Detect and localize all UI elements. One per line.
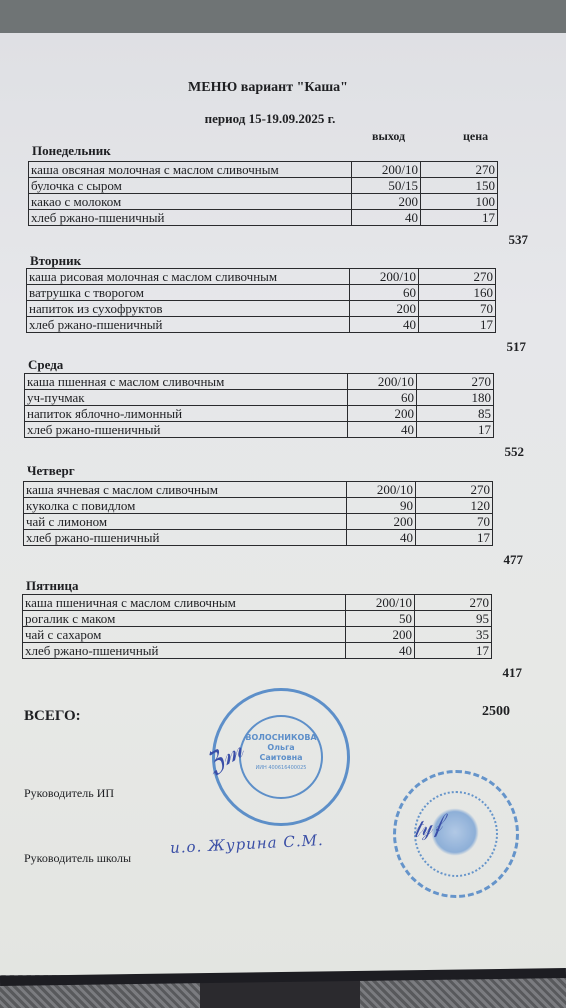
portion-cell: 40 bbox=[350, 317, 419, 333]
dish-cell: ватрушка с творогом bbox=[27, 285, 350, 301]
portion-cell: 200/10 bbox=[347, 482, 416, 498]
table-row: какао с молоком200100 bbox=[29, 194, 498, 210]
table-row: ватрушка с творогом60160 bbox=[27, 285, 496, 301]
day-heading: Четверг bbox=[27, 463, 75, 479]
day-menu-table: каша пшеничная с маслом сливочным200/102… bbox=[22, 594, 492, 659]
dish-cell: хлеб ржано-пшеничный bbox=[25, 422, 348, 438]
portion-cell: 40 bbox=[352, 210, 421, 226]
price-cell: 270 bbox=[415, 595, 492, 611]
price-cell: 270 bbox=[421, 162, 498, 178]
dish-cell: куколка с повидлом bbox=[24, 498, 347, 514]
table-row: хлеб ржано-пшеничный4017 bbox=[29, 210, 498, 226]
table-row: хлеб ржано-пшеничный4017 bbox=[25, 422, 494, 438]
price-cell: 150 bbox=[421, 178, 498, 194]
grand-total-label: ВСЕГО: bbox=[24, 708, 81, 725]
table-row: каша рисовая молочная с маслом сливочным… bbox=[27, 269, 496, 285]
portion-cell: 40 bbox=[347, 530, 416, 546]
table-row: напиток из сухофруктов20070 bbox=[27, 301, 496, 317]
day-total: 417 bbox=[462, 665, 522, 681]
table-row: каша овсяная молочная с маслом сливочным… bbox=[29, 162, 498, 178]
portion-cell: 200/10 bbox=[348, 374, 417, 390]
price-cell: 270 bbox=[419, 269, 496, 285]
grand-total-value: 2500 bbox=[450, 704, 510, 720]
day-menu-table: каша рисовая молочная с маслом сливочным… bbox=[26, 268, 496, 333]
price-cell: 85 bbox=[417, 406, 494, 422]
price-cell: 160 bbox=[419, 285, 496, 301]
price-cell: 35 bbox=[415, 627, 492, 643]
dish-cell: хлеб ржано-пшеничный bbox=[29, 210, 352, 226]
day-total: 477 bbox=[463, 552, 523, 568]
dish-cell: рогалик с маком bbox=[23, 611, 346, 627]
table-row: куколка с повидлом90120 bbox=[24, 498, 493, 514]
day-heading: Понедельник bbox=[32, 143, 111, 159]
portion-cell: 60 bbox=[348, 390, 417, 406]
dish-cell: напиток яблочно-лимонный bbox=[25, 406, 348, 422]
dish-cell: хлеб ржано-пшеничный bbox=[27, 317, 350, 333]
document-title: МЕНЮ вариант "Каша" bbox=[0, 80, 536, 96]
day-menu-table: каша ячневая с маслом сливочным200/10270… bbox=[23, 481, 493, 546]
price-cell: 100 bbox=[421, 194, 498, 210]
price-cell: 70 bbox=[416, 514, 493, 530]
column-header-price: цена bbox=[463, 129, 488, 144]
document-period: период 15-19.09.2025 г. bbox=[0, 111, 540, 127]
portion-cell: 200 bbox=[346, 627, 415, 643]
table-row: каша ячневая с маслом сливочным200/10270 bbox=[24, 482, 493, 498]
portion-cell: 200 bbox=[347, 514, 416, 530]
school-head-label: Руководитель школы bbox=[24, 851, 131, 866]
portion-cell: 50/15 bbox=[352, 178, 421, 194]
table-row: булочка с сыром50/15150 bbox=[29, 178, 498, 194]
portion-cell: 60 bbox=[350, 285, 419, 301]
dish-cell: каша пшеничная с маслом сливочным bbox=[23, 595, 346, 611]
dish-cell: каша овсяная молочная с маслом сливочным bbox=[29, 162, 352, 178]
portion-cell: 200 bbox=[350, 301, 419, 317]
portion-cell: 200/10 bbox=[352, 162, 421, 178]
price-cell: 270 bbox=[417, 374, 494, 390]
portion-cell: 200 bbox=[348, 406, 417, 422]
portion-cell: 40 bbox=[346, 643, 415, 659]
price-cell: 17 bbox=[416, 530, 493, 546]
price-cell: 120 bbox=[416, 498, 493, 514]
price-cell: 17 bbox=[417, 422, 494, 438]
price-cell: 17 bbox=[415, 643, 492, 659]
day-total: 537 bbox=[468, 232, 528, 248]
portion-cell: 90 bbox=[347, 498, 416, 514]
dish-cell: хлеб ржано-пшеничный bbox=[24, 530, 347, 546]
ip-head-label: Руководитель ИП bbox=[24, 786, 114, 801]
dish-cell: чай с сахаром bbox=[23, 627, 346, 643]
table-row: каша пшенная с маслом сливочным200/10270 bbox=[25, 374, 494, 390]
day-heading: Вторник bbox=[30, 253, 81, 269]
portion-cell: 50 bbox=[346, 611, 415, 627]
dish-cell: напиток из сухофруктов bbox=[27, 301, 350, 317]
dish-cell: каша рисовая молочная с маслом сливочным bbox=[27, 269, 350, 285]
day-heading: Пятница bbox=[26, 578, 79, 594]
dish-cell: уч-пучмак bbox=[25, 390, 348, 406]
table-row: чай с сахаром20035 bbox=[23, 627, 492, 643]
table-row: напиток яблочно-лимонный20085 bbox=[25, 406, 494, 422]
day-heading: Среда bbox=[28, 357, 63, 373]
table-row: хлеб ржано-пшеничный4017 bbox=[23, 643, 492, 659]
dish-cell: какао с молоком bbox=[29, 194, 352, 210]
portion-cell: 40 bbox=[348, 422, 417, 438]
price-cell: 270 bbox=[416, 482, 493, 498]
dish-cell: хлеб ржано-пшеничный bbox=[23, 643, 346, 659]
dish-cell: чай с лимоном bbox=[24, 514, 347, 530]
table-row: рогалик с маком5095 bbox=[23, 611, 492, 627]
column-header-portion: выход bbox=[372, 129, 405, 144]
day-menu-table: каша пшенная с маслом сливочным200/10270… bbox=[24, 373, 494, 438]
dish-cell: булочка с сыром bbox=[29, 178, 352, 194]
day-total: 552 bbox=[464, 444, 524, 460]
price-cell: 95 bbox=[415, 611, 492, 627]
price-cell: 70 bbox=[419, 301, 496, 317]
price-cell: 17 bbox=[419, 317, 496, 333]
dish-cell: каша пшенная с маслом сливочным bbox=[25, 374, 348, 390]
day-menu-table: каша овсяная молочная с маслом сливочным… bbox=[28, 161, 498, 226]
portion-cell: 200/10 bbox=[346, 595, 415, 611]
portion-cell: 200 bbox=[352, 194, 421, 210]
portion-cell: 200/10 bbox=[350, 269, 419, 285]
price-cell: 180 bbox=[417, 390, 494, 406]
dish-cell: каша ячневая с маслом сливочным bbox=[24, 482, 347, 498]
price-cell: 17 bbox=[421, 210, 498, 226]
table-row: уч-пучмак60180 bbox=[25, 390, 494, 406]
school-round-stamp bbox=[393, 770, 519, 898]
table-row: хлеб ржано-пшеничный4017 bbox=[24, 530, 493, 546]
day-total: 517 bbox=[466, 339, 526, 355]
table-row: хлеб ржано-пшеничный4017 bbox=[27, 317, 496, 333]
table-row: чай с лимоном20070 bbox=[24, 514, 493, 530]
table-row: каша пшеничная с маслом сливочным200/102… bbox=[23, 595, 492, 611]
